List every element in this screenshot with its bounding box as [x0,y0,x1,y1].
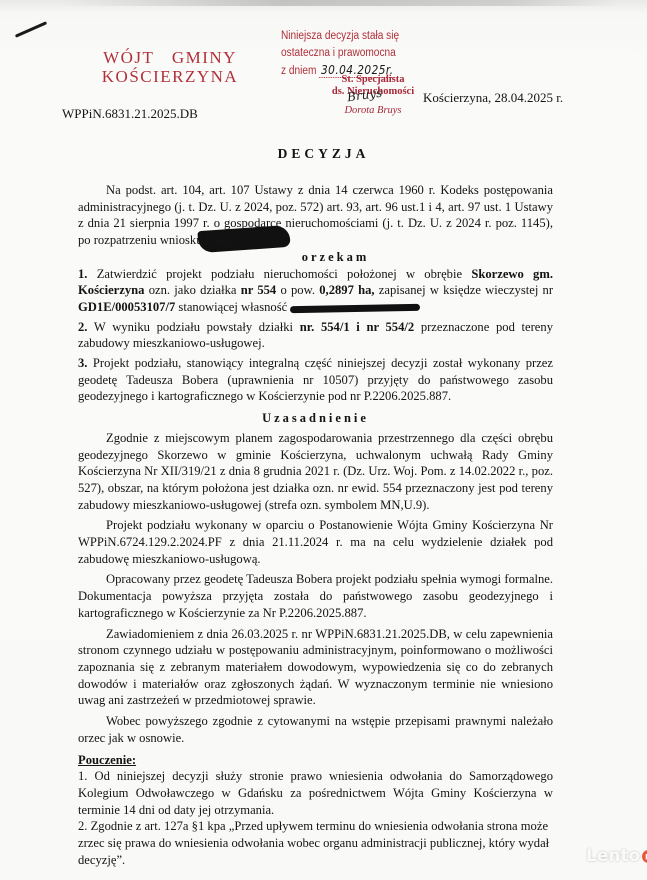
ruling-item-3: 3. Projekt podziału, stanowiący integral… [78,355,553,405]
place-and-date: Kościerzyna, 28.04.2025 r. [423,90,563,106]
stamp-line-1: Niniejsza decyzja stała się [281,28,404,45]
pen-mark [15,21,47,38]
ruling-item-2: 2. W wyniku podziału powstały działki nr… [78,319,553,352]
stamp-line-2: ostateczna i prawomocna [281,45,404,62]
stamp-date-prefix: z dniem [281,65,316,77]
justification-paragraph: Zgodnie z miejscowym planem zagospodarow… [78,430,553,514]
item-number: 1. [78,267,87,281]
ruling-item-1: 1. Zatwierdzić projekt podziału nierucho… [78,266,553,316]
legal-basis-paragraph: Na podst. art. 104, art. 107 Ustawy z dn… [78,182,553,249]
authority-line-2: KOŚCIERZYNA [95,67,245,86]
justification-paragraph: Zawiadomieniem z dnia 26.03.2025 r. nr W… [78,626,553,710]
redaction-mark [290,303,420,312]
item-new-plots: nr. 554/1 i nr 554/2 [300,320,414,334]
item-text: Zatwierdzić projekt podziału nieruchomoś… [97,267,462,281]
instruction-item: 1. Od niniejszej decyzji służy stronie p… [78,768,553,818]
item-text: Projekt podziału, stanowiący integralną … [78,356,553,403]
speech-bubble-icon: pl [642,850,647,863]
item-area: 0,2897 ha, [319,283,374,297]
item-text: W wyniku podziału powstały działki [94,320,293,334]
watermark-brand: Lento [586,846,640,866]
justification-paragraph: Wobec powyższego zgodnie z cytowanymi na… [78,713,553,746]
document-body: Na podst. art. 104, art. 107 Ustawy z dn… [78,182,553,868]
item-text: o pow. [280,283,315,297]
item-number: 2. [78,320,87,334]
official-name: Dorota Bruys [318,105,428,117]
finality-stamp: Niniejsza decyzja stała się ostateczna i… [281,28,404,80]
justification-paragraph: Projekt podziału wykonany w oparciu o Po… [78,517,553,567]
document-title: DECYZJA [0,146,647,162]
reference-number: WPPiN.6831.21.2025.DB [62,106,198,122]
official-title-1: St. Specjalista [318,74,428,86]
item-number: 3. [78,356,87,370]
instruction-item: 2. Zgodnie z art. 127a §1 kpa „Przed upł… [78,818,553,868]
authority-line-1: WÓJT GMINY [95,48,245,67]
item-text: ozn. jako działka [149,283,237,297]
page-fold-shadow [60,0,620,6]
authority-header: WÓJT GMINY KOŚCIERZYNA [95,48,245,86]
justification-paragraph: Opracowany przez geodetę Tadeusza Bobera… [78,571,553,621]
instruction-heading: Pouczenie: [78,752,553,769]
item-text: stanowiącej własność [178,300,287,314]
item-plot-number: nr 554 [241,283,276,297]
legal-basis-text: Na podst. art. 104, art. 107 Ustawy z dn… [78,183,553,247]
item-land-register: GD1E/00053107/7 [78,300,175,314]
justification-heading: Uzasadnienie [78,410,553,427]
scanned-document-page: WÓJT GMINY KOŚCIERZYNA Niniejsza decyzja… [0,0,647,880]
lento-watermark: Lento pl [586,846,647,866]
orzekam-heading: orzekam [78,249,553,266]
item-text: zapisanej w księdze wieczystej nr [379,283,553,297]
